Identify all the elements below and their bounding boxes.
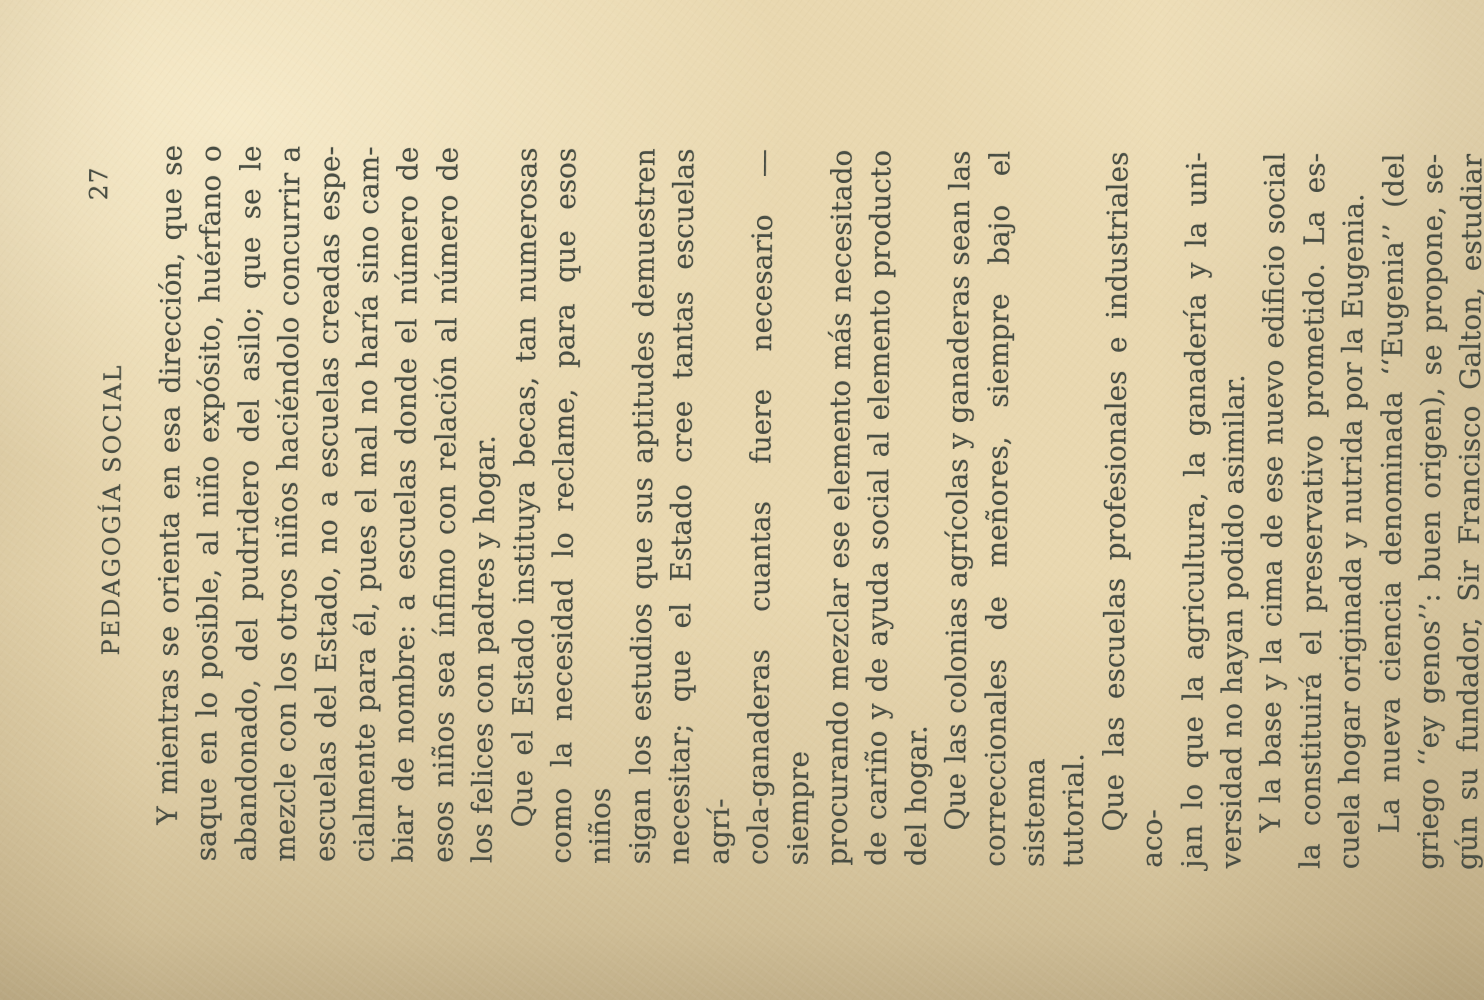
- running-header: PEDAGOGÍA SOCIAL: [97, 364, 127, 656]
- book-page-photo: PEDAGOGÍA SOCIAL 27 Y mientras se orient…: [0, 0, 1484, 1000]
- text-line: de cariño y de ayuda social al elemento …: [857, 150, 901, 866]
- book-page: PEDAGOGÍA SOCIAL 27 Y mientras se orient…: [0, 0, 1484, 1000]
- text-line: gún su fundador, Sir Francisco Galton, e…: [1448, 154, 1484, 870]
- text-line: jan lo que la agricultura, la ganadería …: [1172, 152, 1216, 868]
- text-line: saque en lo posible, al niño expósito, h…: [187, 145, 231, 861]
- text-line: procurando mezclar ese elemento más nece…: [817, 150, 861, 866]
- text-line: Que el Estado instituya becas, tan numer…: [502, 147, 546, 863]
- text-line: Que las escuelas profesionales e industr…: [1093, 151, 1177, 868]
- text-line: como la necesidad lo reclame, para que e…: [542, 148, 626, 865]
- text-line: cuela hogar originada y nutrida por la E…: [1330, 153, 1374, 869]
- text-line: correccionales de meñores, siempre bajo …: [975, 151, 1059, 868]
- text-line: Que las colonias agrícolas y ganaderas s…: [936, 150, 980, 866]
- text-line: mezcle con los otros niños haciéndolo co…: [266, 146, 310, 862]
- text-line: escuelas del Estado, no a escuelas cread…: [305, 146, 349, 862]
- text-line: sigan los estudios que sus aptitudes dem…: [620, 148, 664, 864]
- text-line: La nueva ciencia denominada ‘‘Eugenia’’ …: [1369, 153, 1413, 869]
- text-line: Y mientras se orienta en esa dirección, …: [147, 145, 191, 861]
- text-line: la constituirá el preservativo prometido…: [1290, 153, 1334, 869]
- text-line: biar de nombre: a escuelas donde el núme…: [384, 147, 428, 863]
- text-line: cola-ganaderas cuantas fuere necesario —…: [739, 149, 823, 866]
- page-number: 27: [84, 167, 113, 201]
- page-text: Y mientras se orienta en esa dirección, …: [147, 145, 1484, 871]
- text-line: Y la base y la cima de ese nuevo edifici…: [1251, 153, 1295, 869]
- text-line: cialmente para él, pues el mal no haría …: [344, 146, 388, 862]
- text-line: los felices con padres y hogar.: [463, 147, 507, 863]
- text-line: tutorial.: [1054, 151, 1098, 867]
- text-line: griego ‘‘ey genos’’: buen origen), se pr…: [1408, 154, 1452, 870]
- text-line: versidad no hayan podido asimilar.: [1211, 152, 1255, 868]
- text-line: necesitar; que el Estado cree tantas esc…: [660, 148, 744, 865]
- text-line: esos niños sea ínfimo con relación al nú…: [423, 147, 467, 863]
- text-line: del hogar.: [896, 150, 940, 866]
- text-line: abandonado, del pudridero del asilo; que…: [226, 145, 270, 861]
